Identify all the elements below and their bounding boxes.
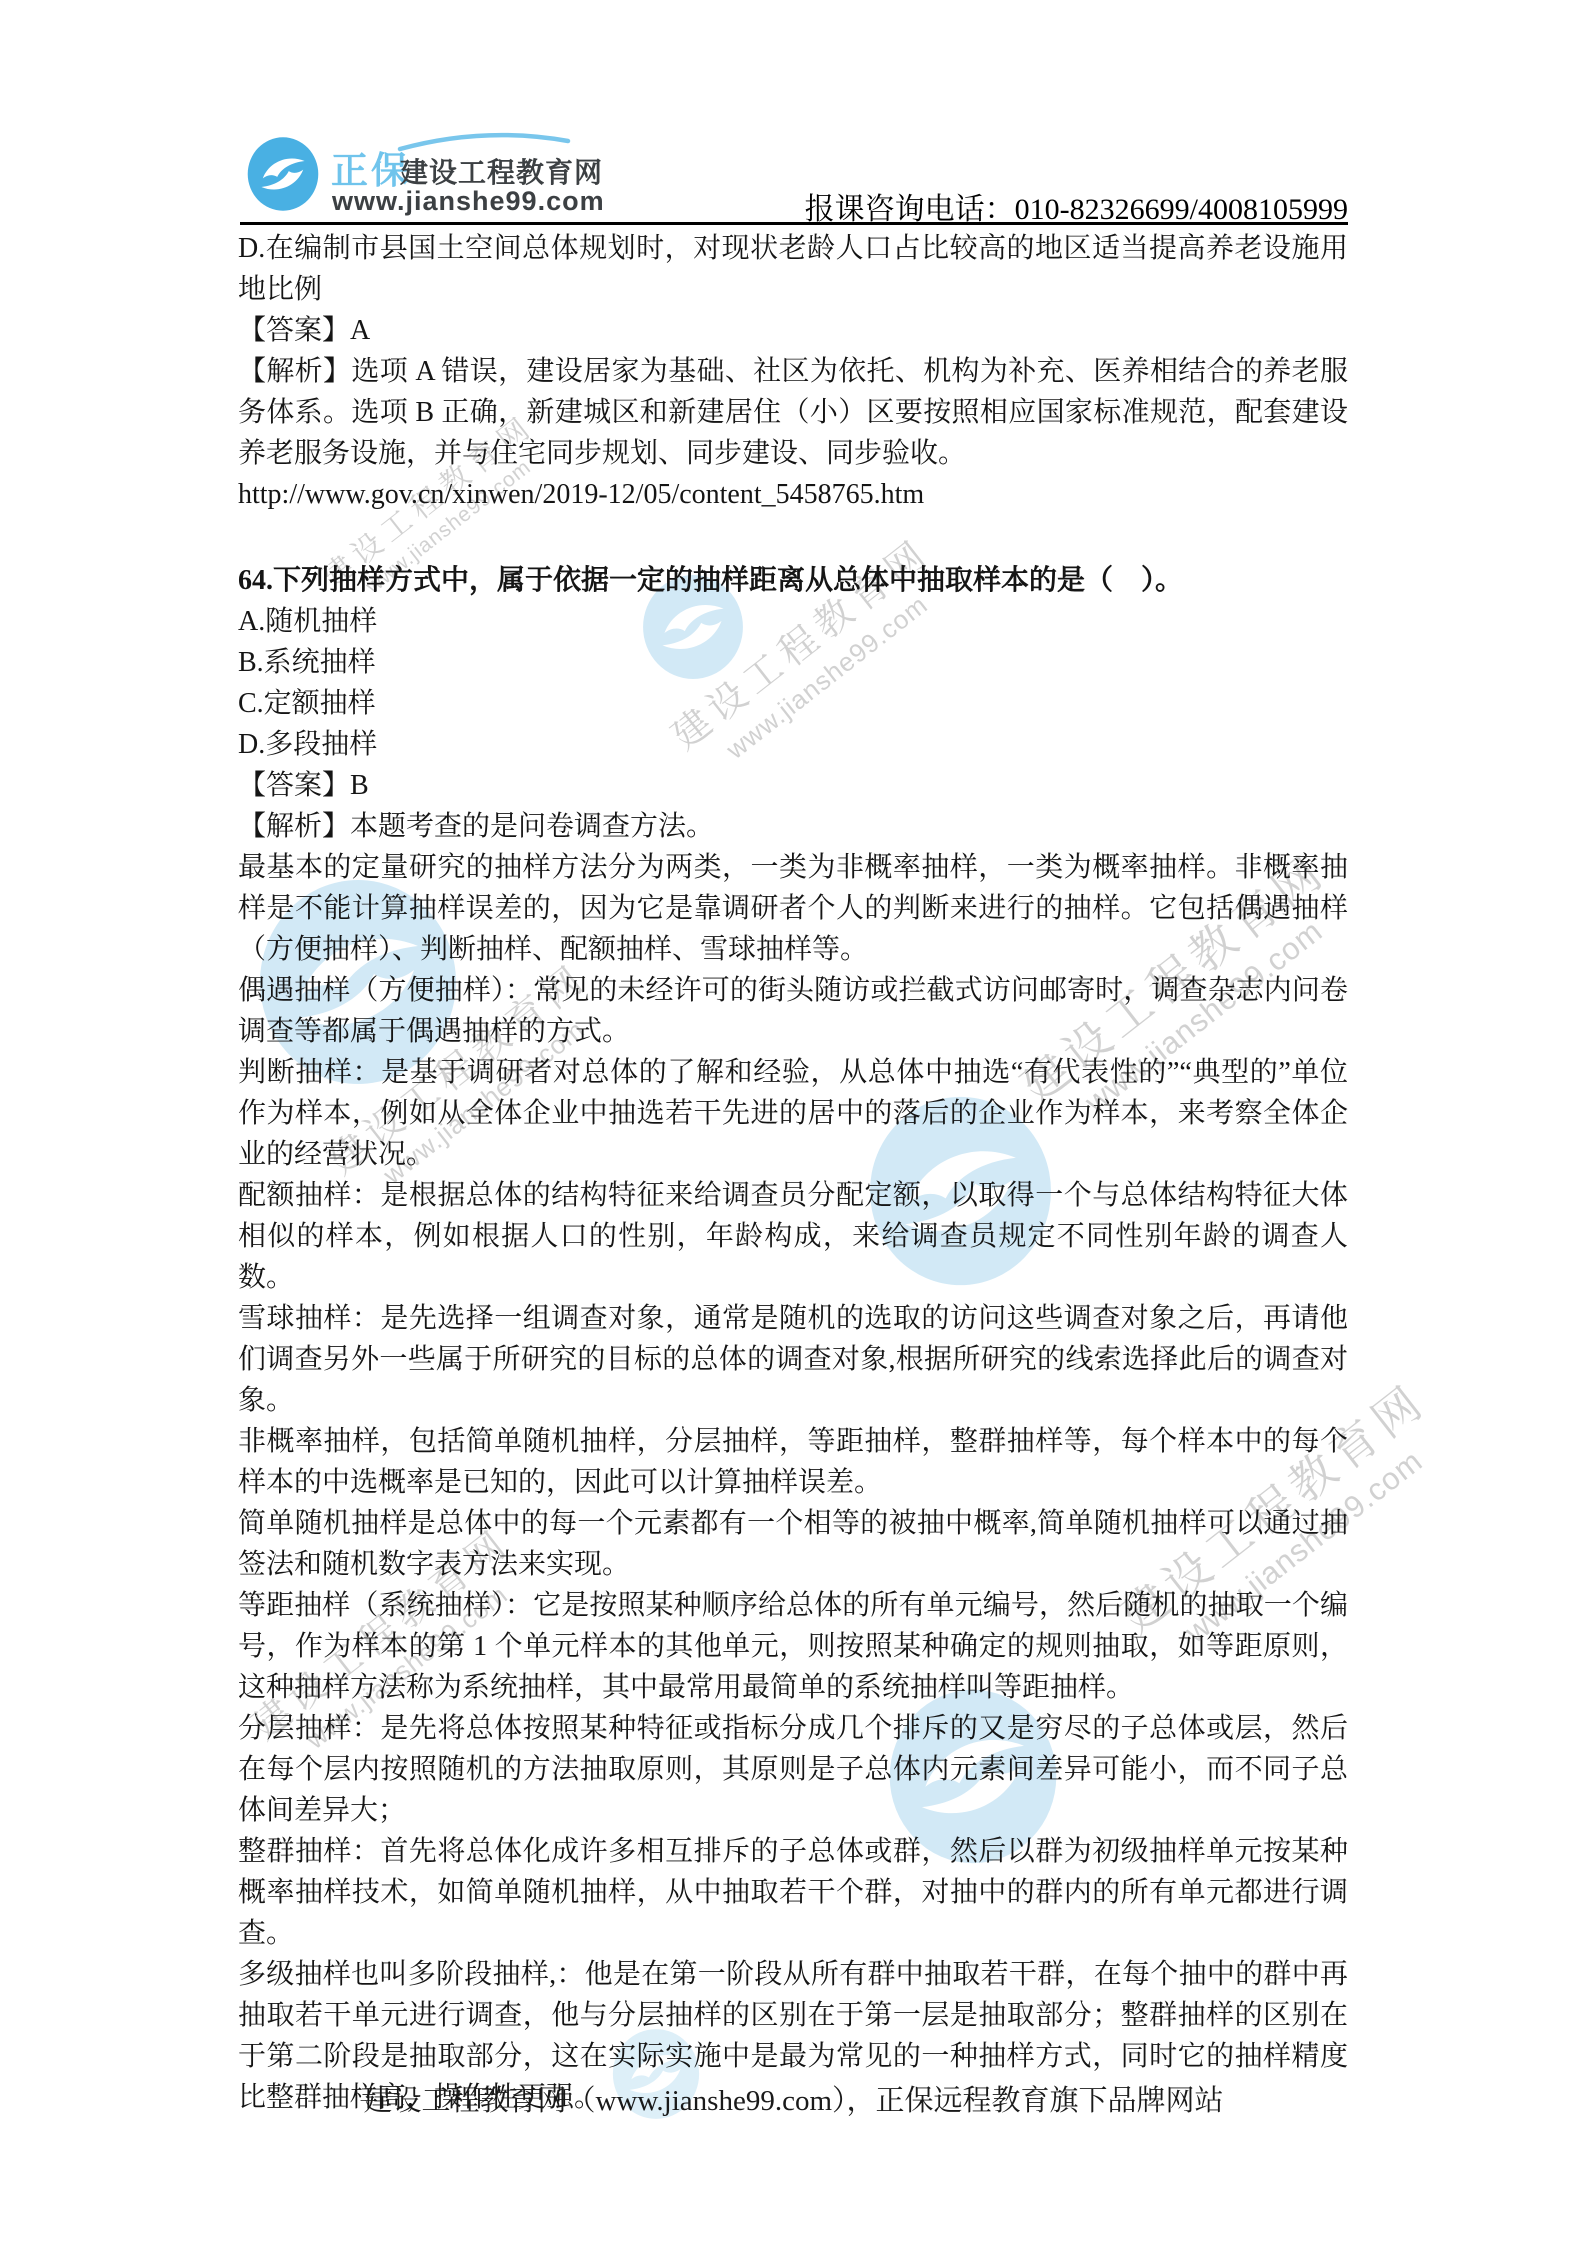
prev-question-tail: D.在编制市县国土空间总体规划时，对现状老龄人口占比较高的地区适当提高养老设施用… bbox=[238, 228, 1348, 515]
analysis-text: 【解析】选项 A 错误，建设居家为基础、社区为依托、机构为补充、医养相结合的养老… bbox=[238, 351, 1348, 474]
analysis-paragraph: 非概率抽样，包括简单随机抽样，分层抽样，等距抽样，整群抽样等，每个样本中的每个样… bbox=[238, 1421, 1348, 1503]
option-d-text: D.在编制市县国土空间总体规划时，对现状老龄人口占比较高的地区适当提高养老设施用… bbox=[238, 228, 1348, 310]
option-c: C.定额抽样 bbox=[238, 683, 1348, 724]
reference-url: http://www.gov.cn/xinwen/2019-12/05/cont… bbox=[238, 474, 1348, 515]
analysis-paragraph: 判断抽样：是基于调研者对总体的了解和经验，从总体中抽选“有代表性的”“典型的”单… bbox=[238, 1052, 1348, 1175]
header-divider bbox=[240, 222, 1348, 225]
option-d: D.多段抽样 bbox=[238, 724, 1348, 765]
analysis-paragraph: 分层抽样：是先将总体按照某种特征或指标分成几个排斥的又是穷尽的子总体或层，然后在… bbox=[238, 1708, 1348, 1831]
analysis-paragraph: 整群抽样：首先将总体化成许多相互排斥的子总体或群，然后以群为初级抽样单元按某种概… bbox=[238, 1831, 1348, 1954]
question-64: 64.下列抽样方式中，属于依据一定的抽样距离从总体中抽取样本的是（ ）。 A.随… bbox=[238, 560, 1348, 2118]
document-body: D.在编制市县国土空间总体规划时，对现状老龄人口占比较高的地区适当提高养老设施用… bbox=[238, 228, 1348, 2118]
analysis-paragraph: 简单随机抽样是总体中的每一个元素都有一个相等的被抽中概率,简单随机抽样可以通过抽… bbox=[238, 1503, 1348, 1585]
option-b: B.系统抽样 bbox=[238, 642, 1348, 683]
analysis-paragraph: 配额抽样：是根据总体的结构特征来给调查员分配定额，以取得一个与总体结构特征大体相… bbox=[238, 1175, 1348, 1298]
analysis-paragraph: 偶遇抽样（方便抽样）：常见的未经许可的街头随访或拦截式访问邮寄时，调查杂志内问卷… bbox=[238, 970, 1348, 1052]
analysis-paragraph: 雪球抽样：是先选择一组调查对象，通常是随机的选取的访问这些调查对象之后，再请他们… bbox=[238, 1298, 1348, 1421]
page-footer: 建设工程教育网（www.jianshe99.com），正保远程教育旗下品牌网站 bbox=[0, 2078, 1587, 2119]
logo-arc-icon bbox=[396, 126, 572, 152]
analysis-paragraph: 最基本的定量研究的抽样方法分为两类，一类为非概率抽样，一类为概率抽样。非概率抽样… bbox=[238, 847, 1348, 970]
analysis-intro: 【解析】本题考查的是问卷调查方法。 bbox=[238, 806, 1348, 847]
option-a: A.随机抽样 bbox=[238, 601, 1348, 642]
document-page: 建设工程教育网 www.jianshe99.com 建设工程教育网 www.ji… bbox=[0, 0, 1587, 2245]
answer-line: 【答案】B bbox=[238, 765, 1348, 806]
analysis-paragraph: 等距抽样（系统抽样）：它是按照某种顺序给总体的所有单元编号，然后随机的抽取一个编… bbox=[238, 1585, 1348, 1708]
question-stem: 64.下列抽样方式中，属于依据一定的抽样距离从总体中抽取样本的是（ ）。 bbox=[238, 560, 1348, 601]
answer-line: 【答案】A bbox=[238, 310, 1348, 351]
